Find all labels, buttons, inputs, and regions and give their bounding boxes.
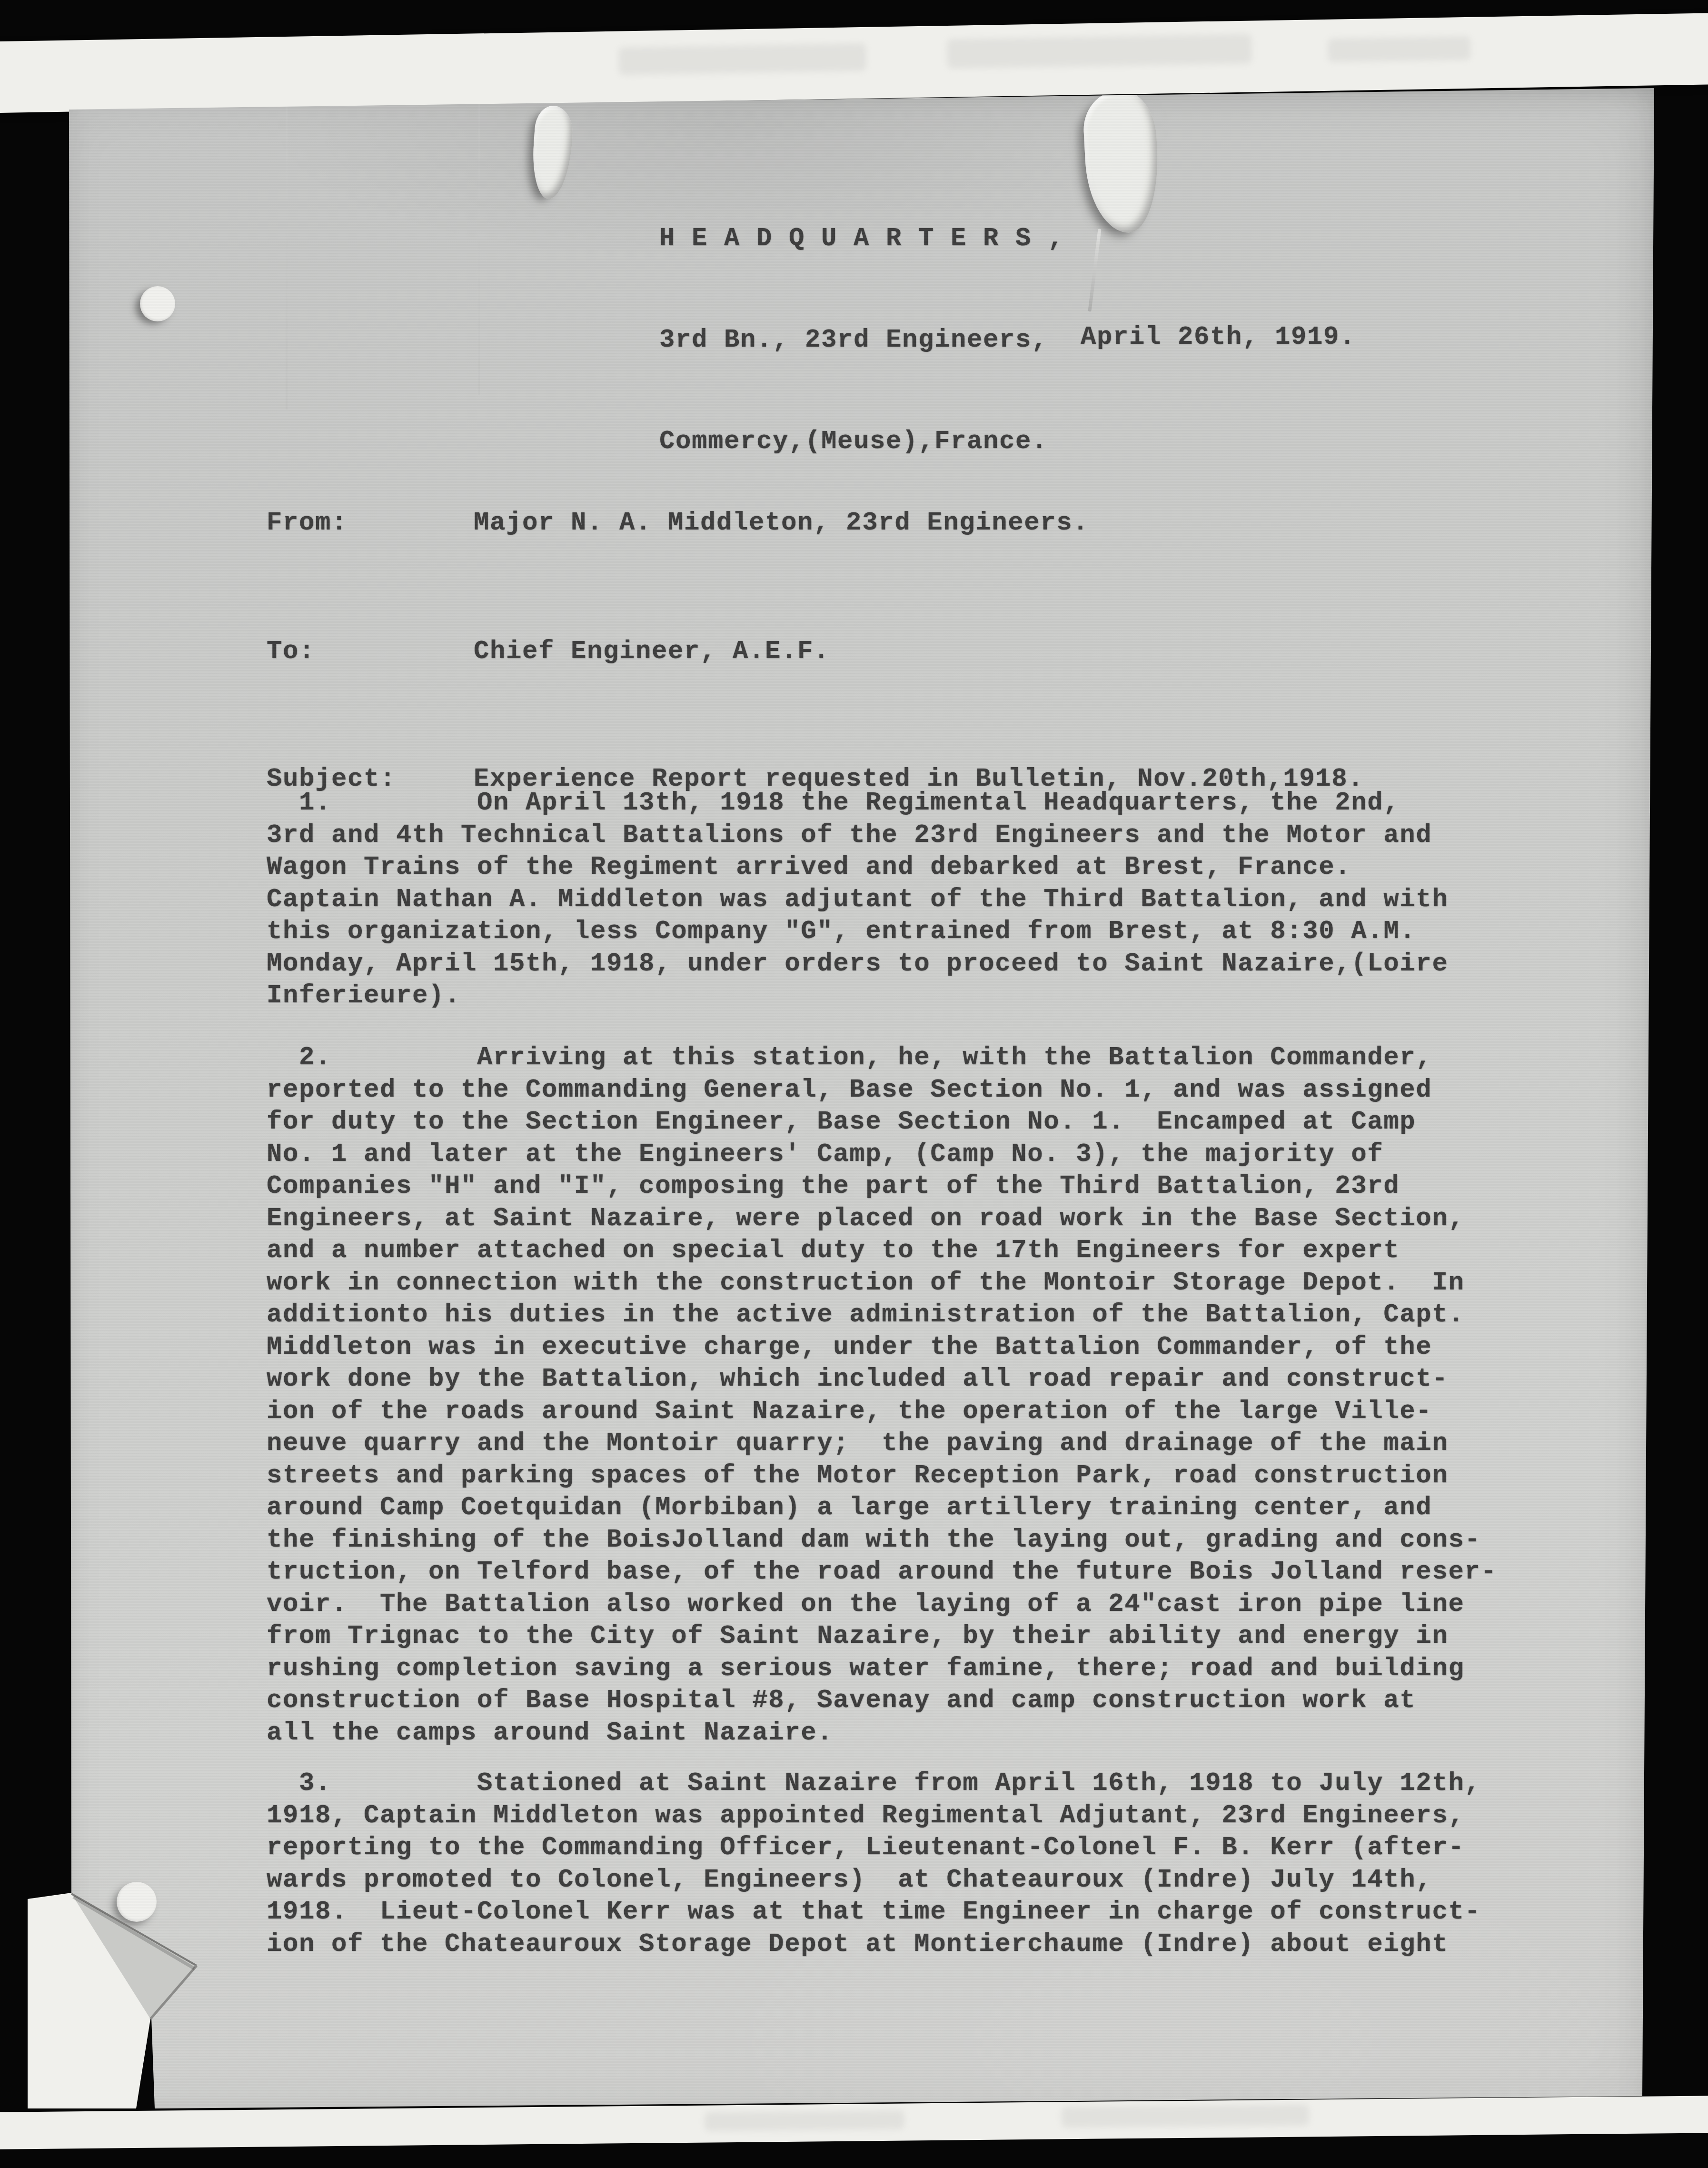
text-line: Inferieure). (267, 980, 1448, 1012)
text-line: for duty to the Section Engineer, Base S… (267, 1106, 1497, 1139)
letterhead-headquarters: H E A D Q U A R T E R S , (659, 222, 1064, 256)
text-line: Monday, April 15th, 1918, under orders t… (267, 948, 1448, 980)
bleed-through-smudge (947, 34, 1252, 69)
date-line: April 26th, 1919. (1081, 321, 1356, 354)
torn-paper-spot-left (530, 104, 574, 200)
to-value: Chief Engineer, A.E.F. (474, 636, 830, 668)
letter-paper: H E A D Q U A R T E R S , 3rd Bn., 23rd … (48, 86, 1657, 2120)
text-line: wards promoted to Colonel, Engineers) at… (267, 1864, 1480, 1897)
letterhead-unit: 3rd Bn., 23rd Engineers, (659, 323, 1064, 357)
text-line: Engineers, at Saint Nazaire, were placed… (267, 1203, 1497, 1235)
text-line: 3. Stationed at Saint Nazaire from April… (267, 1768, 1480, 1800)
text-line: reported to the Commanding General, Base… (267, 1074, 1497, 1107)
text-line: 1. On April 13th, 1918 the Regimental He… (267, 787, 1448, 819)
text-line: Middleton was in executive charge, under… (267, 1331, 1497, 1364)
text-line: ion of the Chateauroux Storage Depot at … (267, 1928, 1480, 1961)
text-line: 2. Arriving at this station, he, with th… (267, 1042, 1497, 1074)
paper-crease (1088, 229, 1101, 312)
text-line: work done by the Battalion, which includ… (267, 1363, 1497, 1396)
text-line: 3rd and 4th Technical Battalions of the … (267, 819, 1448, 852)
meta-row-to: To:Chief Engineer, A.E.F. (267, 636, 1364, 668)
scanned-letter-page: H E A D Q U A R T E R S , 3rd Bn., 23rd … (0, 0, 1708, 2168)
bleed-through-smudge (618, 43, 866, 75)
folded-corner (28, 1880, 228, 2108)
text-line: reporting to the Commanding Officer, Lie… (267, 1832, 1480, 1864)
text-line: additionto his duties in the active admi… (267, 1299, 1497, 1331)
text-line: Captain Nathan A. Middleton was adjutant… (267, 884, 1448, 916)
text-line: work in connection with the construction… (267, 1267, 1497, 1299)
text-line: around Camp Coetquidan (Morbiban) a larg… (267, 1492, 1497, 1524)
torn-paper-spot-right (1082, 88, 1161, 235)
text-line: truction, on Telford base, of the road a… (267, 1556, 1497, 1589)
paper-crease (478, 100, 480, 395)
text-line: streets and parking spaces of the Motor … (267, 1460, 1497, 1492)
text-line: all the camps around Saint Nazaire. (267, 1717, 1497, 1749)
text-line: neuve quarry and the Montoir quarry; the… (267, 1428, 1497, 1460)
text-line: this organization, less Company "G", ent… (267, 916, 1448, 948)
paragraph-1: 1. On April 13th, 1918 the Regimental He… (267, 787, 1448, 1012)
text-line: and a number attached on special duty to… (267, 1235, 1497, 1267)
text-line: the finishing of the BoisJolland dam wit… (267, 1524, 1497, 1557)
paragraph-3: 3. Stationed at Saint Nazaire from April… (267, 1768, 1480, 1960)
text-line: No. 1 and later at the Engineers' Camp, … (267, 1139, 1497, 1171)
text-line: 1918, Captain Middleton was appointed Re… (267, 1800, 1480, 1832)
bleed-through-smudge (705, 2110, 904, 2131)
text-line: Companies "H" and "I", composing the par… (267, 1170, 1497, 1203)
paper-crease (286, 86, 288, 410)
text-line: voir. The Battalion also worked on the l… (267, 1589, 1497, 1621)
text-line: Wagon Trains of the Regiment arrived and… (267, 851, 1448, 884)
text-line: rushing completion saving a serious wate… (267, 1653, 1497, 1685)
meta-row-from: From:Major N. A. Middleton, 23rd Enginee… (267, 507, 1364, 540)
bleed-through-smudge (1062, 2104, 1309, 2128)
text-line: construction of Base Hospital #8, Savena… (267, 1685, 1497, 1717)
paragraph-2: 2. Arriving at this station, he, with th… (267, 1042, 1497, 1749)
text-line: from Trignac to the City of Saint Nazair… (267, 1620, 1497, 1653)
to-label: To: (267, 636, 474, 668)
from-label: From: (267, 507, 474, 540)
text-line: ion of the roads around Saint Nazaire, t… (267, 1396, 1497, 1428)
bleed-through-smudge (1328, 36, 1471, 62)
text-line: 1918. Lieut-Colonel Kerr was at that tim… (267, 1896, 1480, 1928)
punch-hole-top (140, 286, 175, 321)
from-value: Major N. A. Middleton, 23rd Engineers. (474, 507, 1089, 540)
